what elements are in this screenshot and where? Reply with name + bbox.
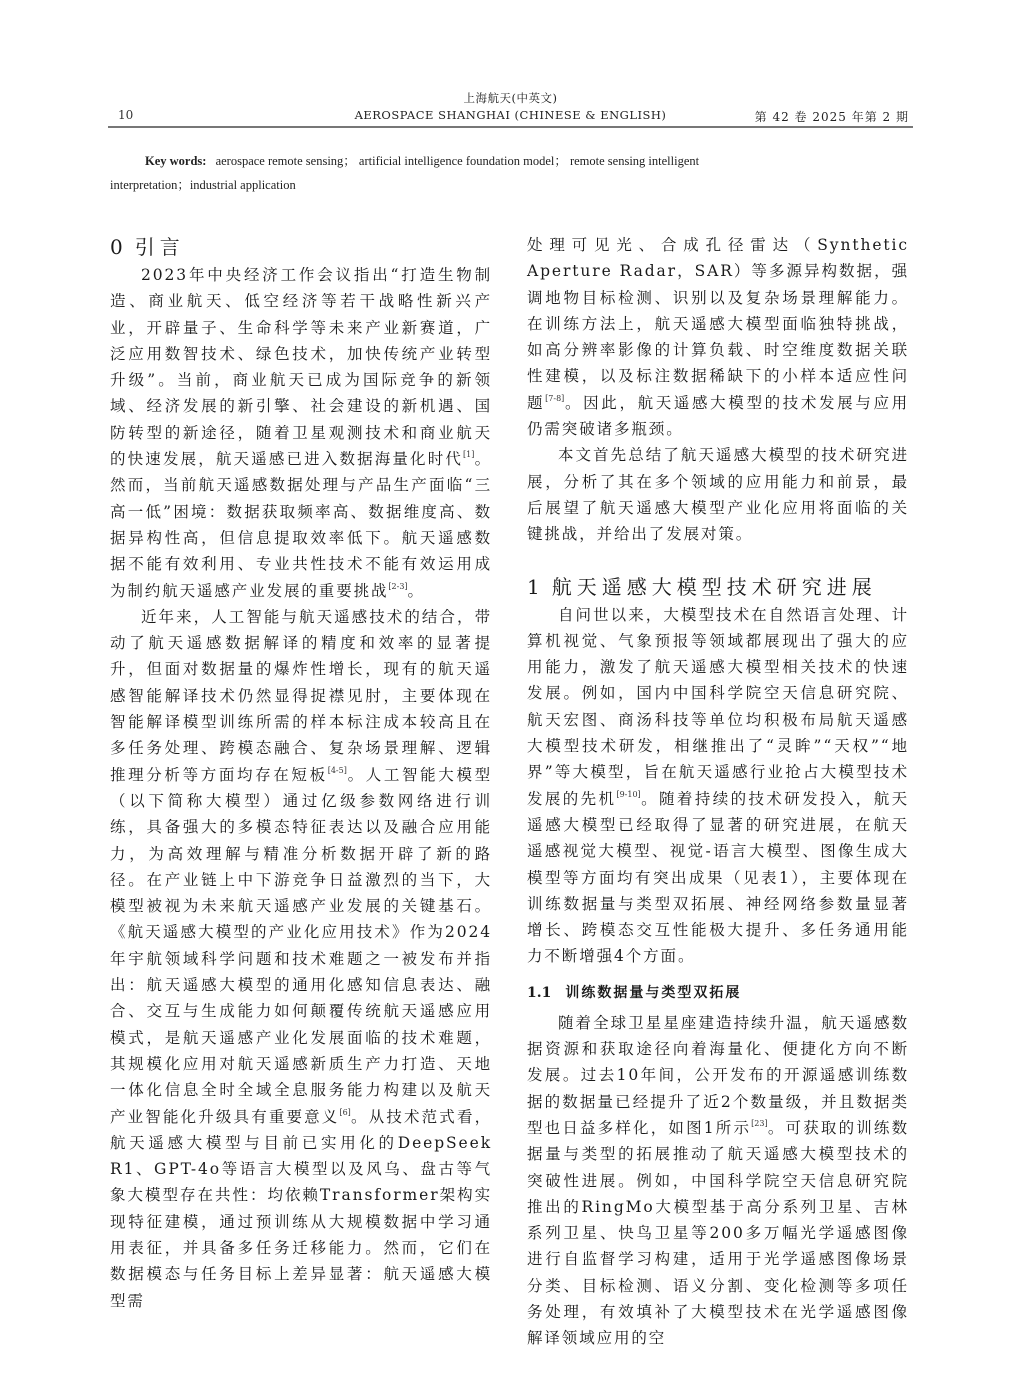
section-number: 1 — [527, 575, 540, 599]
paragraph: 本文首先总结了航天遥感大模型的技术研究进展，分析了其在多个领域的应用能力和前景，… — [527, 442, 909, 547]
subsection-title: 训练数据量与类型双拓展 — [565, 985, 741, 1001]
paragraph: 随着全球卫星星座建造持续升温，航天遥感数据资源和获取途径向着海量化、便捷化方向不… — [527, 1010, 909, 1352]
citation[interactable]: [7-8] — [545, 394, 564, 403]
right-column: 处理可见光、合成孔径雷达（Synthetic Aperture Radar，SA… — [527, 232, 909, 1352]
paragraph: 近年来，人工智能与航天遥感技术的结合，带动了航天遥感数据解译的精度和效率的显著提… — [110, 604, 492, 1314]
paragraph: 2023年中央经济工作会议指出“打造生物制造、商业航天、低空经济等若干战略性新兴… — [110, 262, 492, 604]
citation[interactable]: [6] — [339, 1108, 350, 1117]
keywords-line1: aerospace remote sensing； artificial int… — [216, 154, 700, 168]
section-heading-1: 1航天遥感大模型技术研究进展 — [527, 572, 909, 602]
paragraph-text: 。可获取的训练数据量与类型的拓展推动了航天遥感大模型技术的突破性进展。例如，中国… — [527, 1119, 909, 1347]
paragraph-text: 。因此，航天遥感大模型的技术发展与应用仍需突破诸多瓶颈。 — [527, 394, 909, 438]
paragraph-text: 近年来，人工智能与航天遥感技术的结合，带动了航天遥感数据解译的精度和效率的显著提… — [110, 608, 492, 784]
issue-info: 第 42 卷 2025 年第 2 期 — [755, 108, 909, 125]
citation[interactable]: [1] — [463, 450, 474, 459]
paragraph-text: 。然而，当前航天遥感数据处理与产品生产面临“三高一低”困境：数据获取频率高、数据… — [110, 450, 492, 599]
section-title: 引言 — [135, 235, 185, 259]
paragraph: 自问世以来，大模型技术在自然语言处理、计算机视觉、气象预报等领域都展现出了强大的… — [527, 602, 909, 970]
paragraph-text: 2023年中央经济工作会议指出“打造生物制造、商业航天、低空经济等若干战略性新兴… — [110, 266, 492, 468]
paragraph-text: 。人工智能大模型（以下简称大模型）通过亿级参数网络进行训练，具备强大的多模态特征… — [110, 766, 492, 1126]
paragraph: 处理可见光、合成孔径雷达（Synthetic Aperture Radar，SA… — [527, 232, 909, 442]
citation[interactable]: [2-3] — [388, 582, 407, 591]
paragraph-text: 本文首先总结了航天遥感大模型的技术研究进展，分析了其在多个领域的应用能力和前景，… — [527, 446, 909, 543]
keywords-line2: interpretation；industrial application — [110, 173, 850, 197]
citation[interactable]: [9-10] — [616, 790, 640, 799]
header-rule — [108, 126, 913, 128]
journal-title-cn: 上海航天(中英文) — [108, 90, 913, 107]
subsection-heading-1-1: 1.1训练数据量与类型双拓展 — [527, 980, 909, 1006]
keywords-block: Key words: aerospace remote sensing； art… — [145, 149, 885, 197]
citation[interactable]: [23] — [751, 1119, 767, 1128]
section-heading-0: 0引言 — [110, 232, 492, 262]
paragraph-text: 。从技术范式看，航天遥感大模型与目前已实用化的DeepSeek R1、GPT-4… — [110, 1108, 492, 1310]
paragraph-text: 。随着持续的技术研发投入，航天遥感大模型已经取得了显著的研究进展，在航天遥感视觉… — [527, 790, 909, 966]
section-number: 0 — [110, 235, 123, 259]
running-header: 10 上海航天(中英文) AEROSPACE SHANGHAI (CHINESE… — [108, 86, 913, 128]
citation[interactable]: [4-5] — [328, 766, 347, 775]
section-title: 航天遥感大模型技术研究进展 — [552, 575, 877, 599]
keywords-label: Key words: — [145, 154, 206, 168]
spacer — [527, 548, 909, 572]
left-column: 0引言 2023年中央经济工作会议指出“打造生物制造、商业航天、低空经济等若干战… — [110, 232, 492, 1314]
paragraph-text: 自问世以来，大模型技术在自然语言处理、计算机视觉、气象预报等领域都展现出了强大的… — [527, 606, 909, 808]
subsection-number: 1.1 — [527, 985, 551, 1001]
paragraph-text: 处理可见光、合成孔径雷达（Synthetic Aperture Radar，SA… — [527, 236, 909, 412]
paragraph-text: 。 — [408, 582, 425, 600]
